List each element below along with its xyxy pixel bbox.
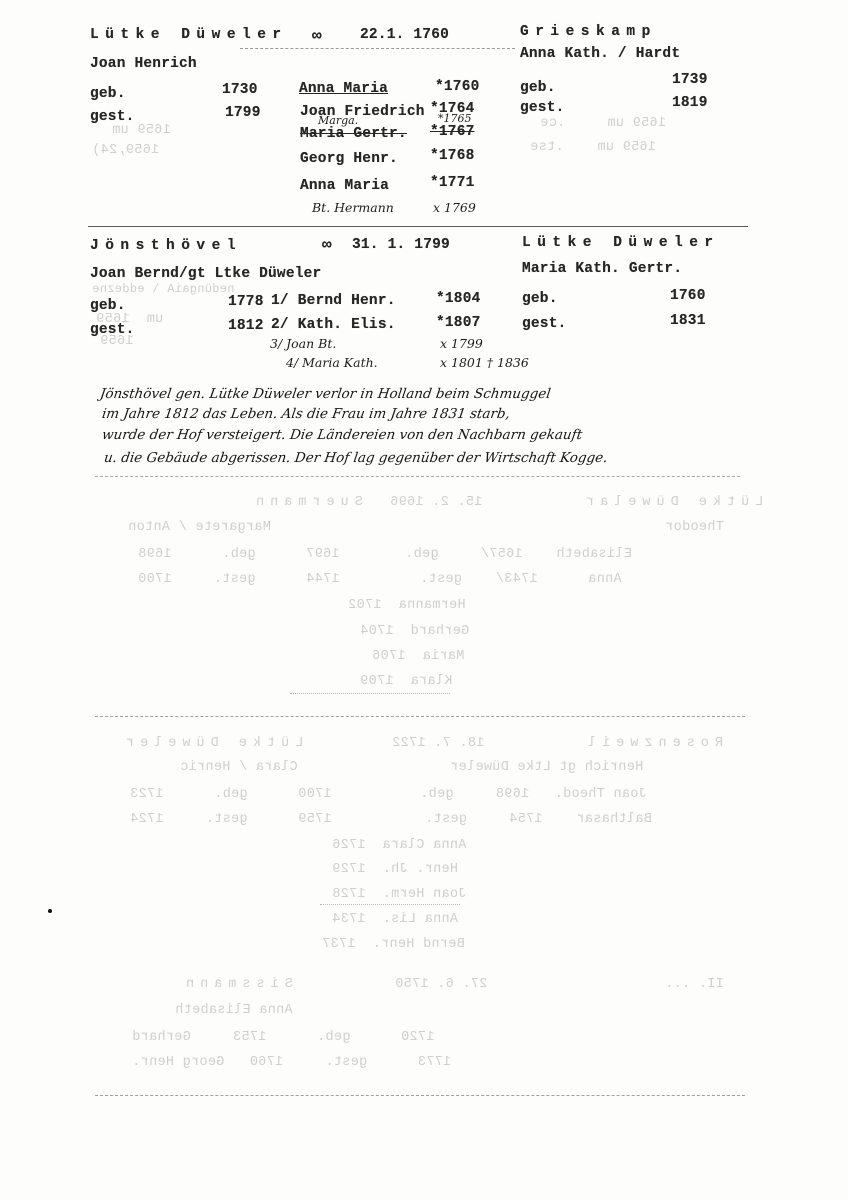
s2-wife-died-label: gest. [522,316,567,332]
s1-husband-surname: Lütke Düweler [90,27,288,43]
s2-wife-name: Maria Kath. Gertr. [522,261,682,277]
s2-child-1-date: *1804 [436,291,481,307]
s1-husband-died: 1799 [225,105,261,121]
s2-husband-died: 1812 [228,318,264,334]
show-through-text: 1659,24) [92,143,159,158]
s2-child-3-name: 3/ Joan Bt. [270,336,336,351]
show-through-text: Klara 1709 [360,674,452,689]
show-through-text: 1700 geb. 1723 [130,787,332,802]
show-through-text: II. ... [665,977,724,992]
handwritten-note-line-3: wurde der Hof versteigert. Die Ländereie… [101,427,583,443]
show-through-text: 1659 [100,334,134,349]
s2-child-2-name: 2/ Kath. Elis. [271,317,396,333]
show-through-text: Joan Theod. 1698 geb. [420,787,647,802]
s1-child-4-name: Georg Henr. [300,151,398,167]
show-through-text: nedüngaiA \ eddezne [92,282,235,296]
s1-marriage-date: 22.1. 1760 [360,27,449,43]
header-dashed-underline [240,48,515,49]
show-through-divider [95,1095,745,1096]
show-through-text: 1773 gest. 1760 Georg Henr. [132,1055,451,1070]
s2-wife-born-label: geb. [522,291,558,307]
s1-child-5-name: Anna Maria [300,178,389,194]
s1-child-3-date: *1767 [430,124,475,140]
s2-child-4-name: 4/ Maria Kath. [286,355,378,370]
show-through-text: Henrich gt Ltke Düweler [450,760,643,775]
s1-child-1-name: Anna Maria [299,81,388,97]
show-through-text: 1659 um .ce [540,116,666,131]
show-through-text: Maria 1706 [372,649,464,664]
s2-marriage-date: 31. 1. 1799 [352,237,450,253]
handwritten-note-line-2: im Jahre 1812 das Leben. Als die Frau im… [101,406,511,422]
s2-child-4-date: x 1801 † 1836 [440,355,529,370]
show-through-text: Bernd Henr. 1737 [322,937,465,952]
show-through-rule [290,693,450,694]
note-divider [95,476,740,477]
show-through-text: 1720 geb. 1753 Gerhard [132,1030,434,1045]
s2-child-3-date: x 1799 [440,336,483,351]
show-through-text: um 1659 [96,312,163,327]
marriage-symbol: ∞ [312,27,322,45]
show-through-text: 1697 geb. 1698 [138,547,340,562]
marriage-symbol-2: ∞ [322,236,332,254]
show-through-text: 1744 gest. 1700 [138,572,340,587]
show-through-text: 1659 um [112,123,171,138]
s1-child-4-date: *1768 [430,148,475,164]
s1-wife-surname: Grieskamp [520,24,657,40]
s1-child-5-date: *1771 [430,175,475,191]
s1-wife-born-label: geb. [520,80,556,96]
s1-child-1-date: *1760 [435,79,480,95]
show-through-text: Elisabeth 1657/ geb. [405,547,632,562]
s1-husband-born-label: geb. [90,86,126,102]
s1-husband-born: 1730 [222,82,258,98]
s1-husband-name: Joan Henrich [90,56,197,72]
s2-wife-born: 1760 [670,288,706,304]
show-through-text: Anna Elisabeth [175,1003,293,1018]
show-through-text: Hermanna 1702 [348,598,466,613]
s2-husband-born: 1778 [228,294,264,310]
s2-husband-name: Joan Bernd/gt Ltke Düweler [90,266,321,282]
show-through-text: Anna 1743/ gest. [420,572,622,587]
handwritten-note-line-4: u. die Gebäude abgerissen. Der Hof lag g… [103,450,609,466]
scanned-document-page: Lütke Düweler ∞ 22.1. 1760 Grieskamp Joa… [0,0,848,1200]
show-through-text: Joan Herm. 1728 [332,887,466,902]
show-through-text: Gerhard 1704 [360,624,469,639]
s1-child-3-name: Maria Gertr. [300,126,407,142]
show-through-text: Rosenzweil [582,736,723,751]
show-through-text: Henr. Jh. 1729 [332,862,458,877]
s2-wife-died: 1831 [670,313,706,329]
show-through-text: Balthasar 1754 gest. [425,812,652,827]
show-through-text: Anna Lis. 1734 [332,912,458,927]
show-through-text: 1659 um .tse [530,140,656,155]
show-through-text: Theodor [665,520,724,535]
show-through-text: 18. 7. 1722 [392,736,484,751]
show-through-divider [95,716,745,717]
s2-husband-surname: Jönsthövel [90,238,242,254]
show-through-text: Lütke Düweler [120,736,303,751]
show-through-text: Sissmann [180,977,293,992]
s2-child-2-date: *1807 [436,315,481,331]
show-through-text: 1759 gest. 1724 [130,812,332,827]
show-through-text: Anna Clara 1726 [332,838,466,853]
s1-wife-died-label: gest. [520,100,565,116]
s1-child-6-date: x 1769 [433,200,476,215]
show-through-text: Suermann [250,495,363,510]
show-through-text: Clara / Henric [180,760,298,775]
s1-child-6-name: Bt. Hermann [312,200,394,215]
handwritten-note-line-1: Jönsthövel gen. Lütke Düweler verlor in … [99,386,552,402]
s1-wife-name: Anna Kath. / Hardt [520,46,680,62]
show-through-text: Margarete / Anton [128,520,271,535]
s2-wife-surname: Lütke Düweler [522,235,720,251]
show-through-text: Lütke Düwelar [580,495,763,510]
show-through-rule [320,904,460,905]
section-divider [88,226,748,227]
margin-speck [48,909,52,913]
show-through-text: 27. 6. 1750 [395,977,487,992]
s1-wife-born: 1739 [672,72,708,88]
s1-wife-died: 1819 [672,95,708,111]
s2-child-1-name: 1/ Bernd Henr. [271,293,396,309]
show-through-text: 15. 2. 1696 [390,495,482,510]
